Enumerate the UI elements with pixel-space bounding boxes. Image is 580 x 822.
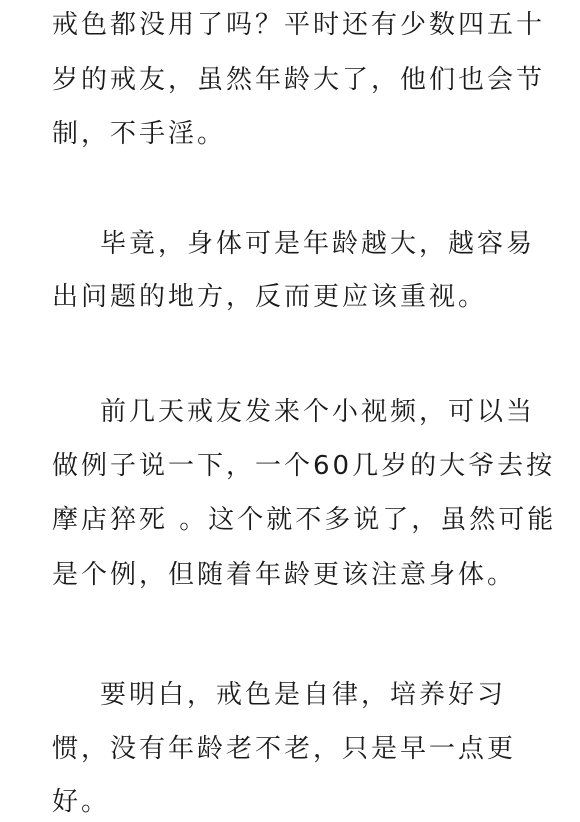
text-line: 是个例，但随着年龄更该注意身体。 xyxy=(52,560,516,590)
text-line: 毕竟，身体可是年龄越大，越容易 xyxy=(100,229,535,259)
text-line: 做例子说一下，一个60几岁的大爷去按 xyxy=(52,451,555,481)
text-line: 惯，没有年龄老不老，只是早一点更 xyxy=(52,734,516,764)
text-line: 制，不手淫。 xyxy=(52,119,226,149)
text-line: 戒色都没用了吗？平时还有少数四五十 xyxy=(52,10,545,40)
text-line: 出问题的地方，反而更应该重视。 xyxy=(52,282,487,312)
text-line: 摩店猝死 。这个就不多说了，虽然可能 xyxy=(52,505,556,535)
text-line: 要明白，戒色是自律，培养好习 xyxy=(100,680,506,710)
text-line: 前几天戒友发来个小视频，可以当 xyxy=(100,397,535,427)
text-line: 好。 xyxy=(52,787,110,817)
text-line: 岁的戒友，虽然年龄大了，他们也会节 xyxy=(52,65,545,95)
